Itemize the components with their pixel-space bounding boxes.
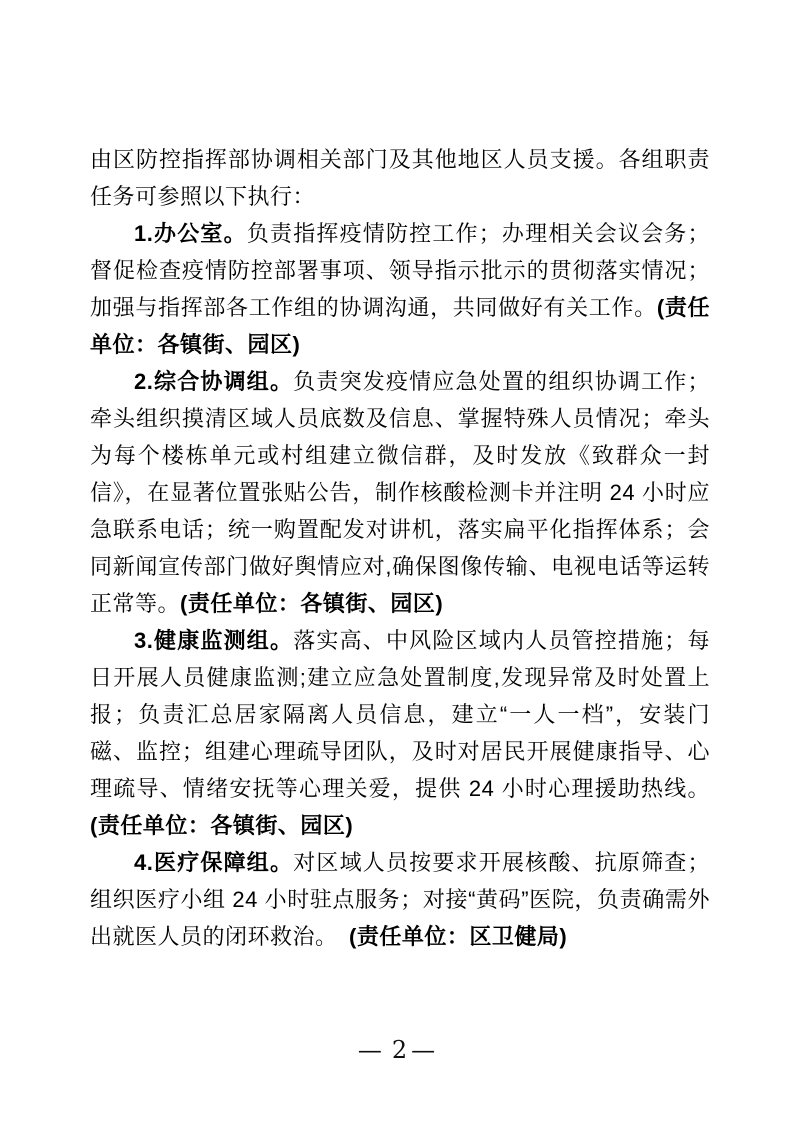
document-body: 由区防控指挥部协调相关部门及其他地区人员支援。各组职责任务可参照以下执行： 1.… bbox=[90, 141, 710, 955]
paragraph-health-monitoring-body: 落实高、中风险区域内人员管控措施；每日开展人员健康监测;建立应急处置制度,发现异… bbox=[90, 628, 710, 801]
page-number: 2 bbox=[392, 1036, 407, 1064]
intro-text: 由区防控指挥部协调相关部门及其他地区人员支援。各组职责任务可参照以下执行： bbox=[90, 147, 710, 209]
paragraph-medical-support: 4.医疗保障组。对区域人员按要求开展核酸、抗原筛查；组织医疗小组 24 小时驻点… bbox=[90, 844, 710, 955]
paragraph-medical-support-responsibility: (责任单位：区卫健局) bbox=[349, 924, 567, 949]
paragraph-medical-support-heading: 4.医疗保障组。 bbox=[134, 850, 293, 875]
paragraph-office-heading: 1.办公室。 bbox=[134, 221, 247, 246]
paragraph-coordination-responsibility: (责任单位：各镇街、园区) bbox=[180, 591, 443, 616]
footer-dash-right: — bbox=[411, 1036, 435, 1064]
paragraph-health-monitoring-responsibility: (责任单位：各镇街、园区) bbox=[90, 813, 353, 838]
paragraph-coordination-heading: 2.综合协调组。 bbox=[134, 369, 293, 394]
footer-dash-left: — bbox=[358, 1036, 382, 1064]
paragraph-office: 1.办公室。负责指挥疫情防控工作；办理相关会议会务；督促检查疫情防控部署事项、领… bbox=[90, 215, 710, 363]
paragraph-health-monitoring-heading: 3.健康监测组。 bbox=[134, 628, 293, 653]
paragraph-coordination: 2.综合协调组。负责突发疫情应急处置的组织协调工作；牵头组织摸清区域人员底数及信… bbox=[90, 363, 710, 622]
page-footer: —2— bbox=[0, 1036, 793, 1064]
intro-paragraph: 由区防控指挥部协调相关部门及其他地区人员支援。各组职责任务可参照以下执行： bbox=[90, 141, 710, 215]
document-page: 由区防控指挥部协调相关部门及其他地区人员支援。各组职责任务可参照以下执行： 1.… bbox=[0, 0, 793, 1122]
paragraph-health-monitoring: 3.健康监测组。落实高、中风险区域内人员管控措施；每日开展人员健康监测;建立应急… bbox=[90, 622, 710, 844]
paragraph-coordination-body: 负责突发疫情应急处置的组织协调工作；牵头组织摸清区域人员底数及信息、掌握特殊人员… bbox=[90, 369, 710, 616]
